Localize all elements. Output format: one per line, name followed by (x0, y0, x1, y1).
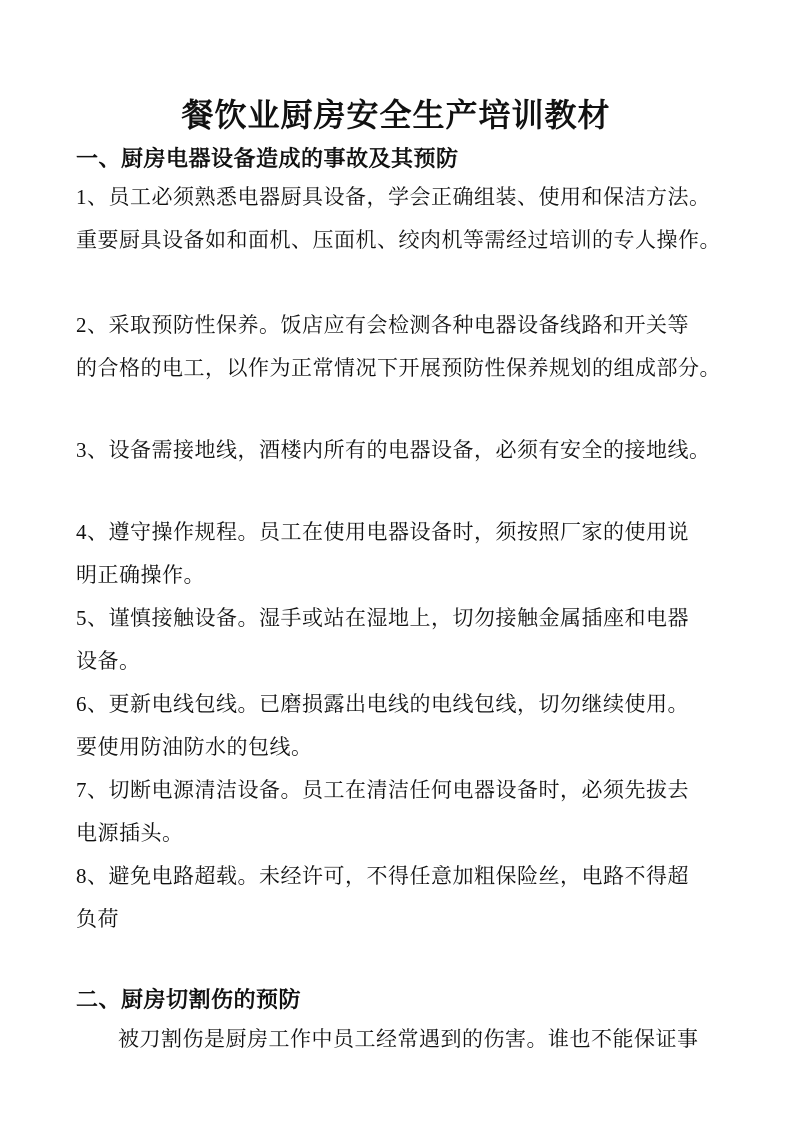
text-line: 的合格的电工，以作为正常情况下开展预防性保养规划的组成部分。 (76, 347, 716, 390)
document-title: 餐饮业厨房安全生产培训教材 (76, 97, 716, 133)
text-line: 8、避免电路超载。未经许可，不得任意加粗保险丝，电路不得超 (76, 855, 716, 898)
list-item-4: 4、遵守操作规程。员工在使用电器设备时，须按照厂家的使用说 明正确操作。 (76, 511, 716, 597)
text-line: 电源插头。 (76, 812, 716, 855)
text-line: 5、谨慎接触设备。湿手或站在湿地上，切勿接触金属插座和电器 (76, 597, 716, 640)
text-line: 6、更新电线包线。已磨损露出电线的电线包线，切勿继续使用。 (76, 683, 716, 726)
list-item-5: 5、谨慎接触设备。湿手或站在湿地上，切勿接触金属插座和电器 设备。 (76, 597, 716, 683)
list-item-6: 6、更新电线包线。已磨损露出电线的电线包线，切勿继续使用。 要使用防油防水的包线… (76, 683, 716, 769)
list-item-3: 3、设备需接地线，酒楼内所有的电器设备，必须有安全的接地线。 (76, 429, 716, 472)
text-line: 明正确操作。 (76, 554, 716, 597)
section-2-paragraph: 被刀割伤是厨房工作中员工经常遇到的伤害。谁也不能保证事 (76, 1018, 716, 1061)
text-line: 被刀割伤是厨房工作中员工经常遇到的伤害。谁也不能保证事 (76, 1018, 716, 1061)
text-line: 重要厨具设备如和面机、压面机、绞肉机等需经过培训的专人操作。 (76, 219, 716, 262)
section-2-heading: 二、厨房切割伤的预防 (76, 985, 716, 1015)
text-line: 7、切断电源清洁设备。员工在清洁任何电器设备时，必须先拔去 (76, 769, 716, 812)
text-line: 2、采取预防性保养。饭店应有会检测各种电器设备线路和开关等 (76, 304, 716, 347)
text-line: 要使用防油防水的包线。 (76, 726, 716, 769)
list-item-1: 1、员工必须熟悉电器厨具设备，学会正确组装、使用和保洁方法。 重要厨具设备如和面… (76, 176, 716, 262)
text-line: 设备。 (76, 640, 716, 683)
list-item-2: 2、采取预防性保养。饭店应有会检测各种电器设备线路和开关等 的合格的电工，以作为… (76, 304, 716, 390)
list-item-8: 8、避免电路超载。未经许可，不得任意加粗保险丝，电路不得超 负荷 (76, 855, 716, 941)
text-line: 4、遵守操作规程。员工在使用电器设备时，须按照厂家的使用说 (76, 511, 716, 554)
document-page: 餐饮业厨房安全生产培训教材 一、厨房电器设备造成的事故及其预防 1、员工必须熟悉… (0, 0, 800, 1132)
section-1-heading: 一、厨房电器设备造成的事故及其预防 (76, 144, 716, 174)
list-item-7: 7、切断电源清洁设备。员工在清洁任何电器设备时，必须先拔去 电源插头。 (76, 769, 716, 855)
text-line: 3、设备需接地线，酒楼内所有的电器设备，必须有安全的接地线。 (76, 429, 716, 472)
text-line: 负荷 (76, 898, 716, 941)
text-line: 1、员工必须熟悉电器厨具设备，学会正确组装、使用和保洁方法。 (76, 176, 716, 219)
